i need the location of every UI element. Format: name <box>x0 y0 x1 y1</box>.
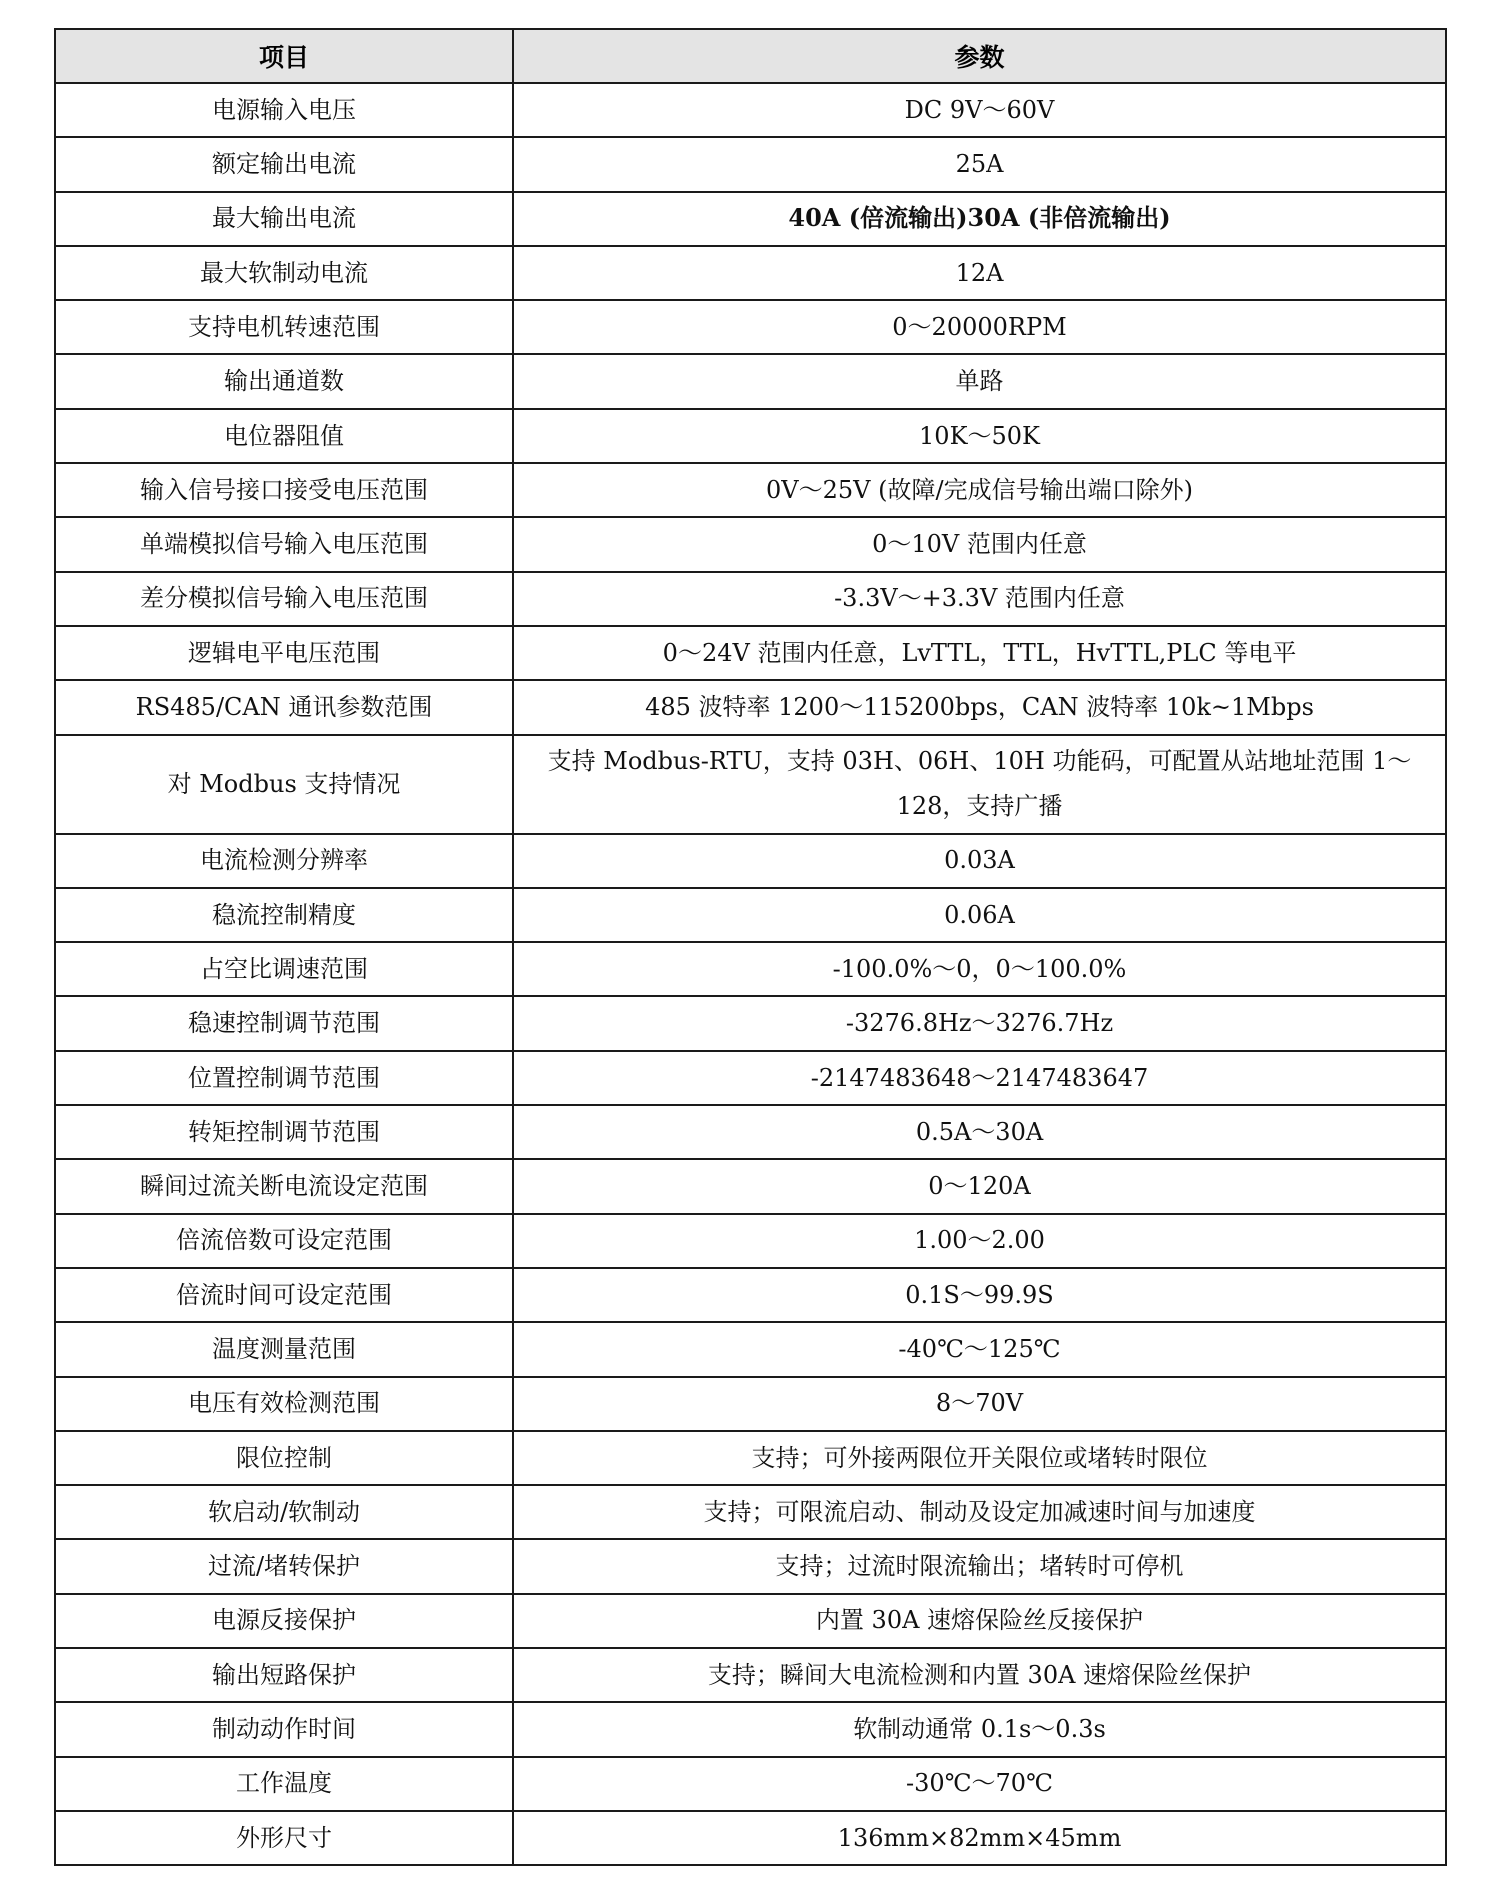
row-value: 1.00～2.00 <box>513 1214 1446 1268</box>
table-row: 最大输出电流40A (倍流输出)30A (非倍流输出) <box>55 192 1446 246</box>
row-item: 过流/堵转保护 <box>55 1539 513 1593</box>
table-row: 占空比调速范围-100.0%～0，0～100.0% <box>55 942 1446 996</box>
row-item: 转矩控制调节范围 <box>55 1105 513 1159</box>
row-item: 倍流时间可设定范围 <box>55 1268 513 1322</box>
row-value: -100.0%～0，0～100.0% <box>513 942 1446 996</box>
table-row: 位置控制调节范围-2147483648～2147483647 <box>55 1051 1446 1105</box>
row-item: 单端模拟信号输入电压范围 <box>55 517 513 571</box>
row-item: 稳流控制精度 <box>55 888 513 942</box>
table-row: 输入信号接口接受电压范围0V～25V (故障/完成信号输出端口除外) <box>55 463 1446 517</box>
row-value: 支持；瞬间大电流检测和内置 30A 速熔保险丝保护 <box>513 1648 1446 1702</box>
table-row: 制动动作时间软制动通常 0.1s～0.3s <box>55 1702 1446 1756</box>
row-item: 位置控制调节范围 <box>55 1051 513 1105</box>
row-value: 支持；过流时限流输出；堵转时可停机 <box>513 1539 1446 1593</box>
row-value: 0V～25V (故障/完成信号输出端口除外) <box>513 463 1446 517</box>
table-row: 温度测量范围-40℃～125℃ <box>55 1322 1446 1376</box>
table-row: 额定输出电流25A <box>55 137 1446 191</box>
row-item: 倍流倍数可设定范围 <box>55 1214 513 1268</box>
row-item: 限位控制 <box>55 1431 513 1485</box>
row-value: 0～20000RPM <box>513 300 1446 354</box>
table-row: 支持电机转速范围0～20000RPM <box>55 300 1446 354</box>
table-row: 电压有效检测范围8～70V <box>55 1377 1446 1431</box>
row-item: 软启动/软制动 <box>55 1485 513 1539</box>
table-row: 电位器阻值10K～50K <box>55 409 1446 463</box>
row-item: 外形尺寸 <box>55 1811 513 1865</box>
table-header-row: 项目 参数 <box>55 29 1446 83</box>
table-row: 倍流倍数可设定范围1.00～2.00 <box>55 1214 1446 1268</box>
row-item: 输出短路保护 <box>55 1648 513 1702</box>
table-row: 输出短路保护支持；瞬间大电流检测和内置 30A 速熔保险丝保护 <box>55 1648 1446 1702</box>
row-value: 单路 <box>513 354 1446 408</box>
row-item: 电流检测分辨率 <box>55 834 513 888</box>
table-row: 稳速控制调节范围-3276.8Hz～3276.7Hz <box>55 996 1446 1050</box>
row-item: RS485/CAN 通讯参数范围 <box>55 680 513 734</box>
table-row: 电源输入电压DC 9V～60V <box>55 83 1446 137</box>
row-value: 支持；可限流启动、制动及设定加减速时间与加速度 <box>513 1485 1446 1539</box>
row-value: 0～120A <box>513 1159 1446 1213</box>
row-item: 制动动作时间 <box>55 1702 513 1756</box>
row-value: 0.5A～30A <box>513 1105 1446 1159</box>
row-value: -2147483648～2147483647 <box>513 1051 1446 1105</box>
row-item: 温度测量范围 <box>55 1322 513 1376</box>
row-value: 10K～50K <box>513 409 1446 463</box>
table-row: 外形尺寸136mm×82mm×45mm <box>55 1811 1446 1865</box>
table-row: 瞬间过流关断电流设定范围0～120A <box>55 1159 1446 1213</box>
row-value: -3276.8Hz～3276.7Hz <box>513 996 1446 1050</box>
row-item: 最大输出电流 <box>55 192 513 246</box>
row-value: 136mm×82mm×45mm <box>513 1811 1446 1865</box>
row-item: 电位器阻值 <box>55 409 513 463</box>
row-value: -30℃～70℃ <box>513 1757 1446 1811</box>
spec-table: 项目 参数 电源输入电压DC 9V～60V 额定输出电流25A 最大输出电流40… <box>54 28 1447 1866</box>
table-row: 工作温度-30℃～70℃ <box>55 1757 1446 1811</box>
row-value: 0～10V 范围内任意 <box>513 517 1446 571</box>
table-row: 限位控制支持；可外接两限位开关限位或堵转时限位 <box>55 1431 1446 1485</box>
table-row: RS485/CAN 通讯参数范围485 波特率 1200～115200bps，C… <box>55 680 1446 734</box>
table-row: 稳流控制精度0.06A <box>55 888 1446 942</box>
row-value: 485 波特率 1200～115200bps，CAN 波特率 10k~1Mbps <box>513 680 1446 734</box>
row-item: 差分模拟信号输入电压范围 <box>55 572 513 626</box>
header-param: 参数 <box>513 29 1446 83</box>
row-value: 25A <box>513 137 1446 191</box>
row-value: 40A (倍流输出)30A (非倍流输出) <box>513 192 1446 246</box>
row-value: -3.3V～+3.3V 范围内任意 <box>513 572 1446 626</box>
row-value: 支持 Modbus-RTU，支持 03H、06H、10H 功能码，可配置从站地址… <box>513 735 1446 834</box>
row-value: 支持；可外接两限位开关限位或堵转时限位 <box>513 1431 1446 1485</box>
row-value: 0～24V 范围内任意，LvTTL，TTL，HvTTL,PLC 等电平 <box>513 626 1446 680</box>
header-item: 项目 <box>55 29 513 83</box>
row-item: 电源反接保护 <box>55 1594 513 1648</box>
table-row: 转矩控制调节范围0.5A～30A <box>55 1105 1446 1159</box>
table-row: 倍流时间可设定范围0.1S～99.9S <box>55 1268 1446 1322</box>
row-item: 对 Modbus 支持情况 <box>55 735 513 834</box>
table-row: 软启动/软制动支持；可限流启动、制动及设定加减速时间与加速度 <box>55 1485 1446 1539</box>
table-row: 过流/堵转保护支持；过流时限流输出；堵转时可停机 <box>55 1539 1446 1593</box>
row-value: 软制动通常 0.1s～0.3s <box>513 1702 1446 1756</box>
row-item: 电源输入电压 <box>55 83 513 137</box>
table-row: 逻辑电平电压范围0～24V 范围内任意，LvTTL，TTL，HvTTL,PLC … <box>55 626 1446 680</box>
table-row: 对 Modbus 支持情况支持 Modbus-RTU，支持 03H、06H、10… <box>55 735 1446 834</box>
row-value: -40℃～125℃ <box>513 1322 1446 1376</box>
row-value: 8～70V <box>513 1377 1446 1431</box>
row-item: 稳速控制调节范围 <box>55 996 513 1050</box>
row-value: 0.1S～99.9S <box>513 1268 1446 1322</box>
row-item: 电压有效检测范围 <box>55 1377 513 1431</box>
row-value: 内置 30A 速熔保险丝反接保护 <box>513 1594 1446 1648</box>
table-row: 最大软制动电流12A <box>55 246 1446 300</box>
row-item: 最大软制动电流 <box>55 246 513 300</box>
row-item: 工作温度 <box>55 1757 513 1811</box>
row-value: 0.03A <box>513 834 1446 888</box>
row-item: 输出通道数 <box>55 354 513 408</box>
row-item: 额定输出电流 <box>55 137 513 191</box>
row-item: 占空比调速范围 <box>55 942 513 996</box>
row-item: 瞬间过流关断电流设定范围 <box>55 1159 513 1213</box>
row-item: 输入信号接口接受电压范围 <box>55 463 513 517</box>
row-value: DC 9V～60V <box>513 83 1446 137</box>
table-row: 电流检测分辨率0.03A <box>55 834 1446 888</box>
table-row: 差分模拟信号输入电压范围-3.3V～+3.3V 范围内任意 <box>55 572 1446 626</box>
row-item: 支持电机转速范围 <box>55 300 513 354</box>
table-row: 输出通道数单路 <box>55 354 1446 408</box>
table-row: 电源反接保护内置 30A 速熔保险丝反接保护 <box>55 1594 1446 1648</box>
table-row: 单端模拟信号输入电压范围0～10V 范围内任意 <box>55 517 1446 571</box>
row-value: 12A <box>513 246 1446 300</box>
row-value: 0.06A <box>513 888 1446 942</box>
row-item: 逻辑电平电压范围 <box>55 626 513 680</box>
